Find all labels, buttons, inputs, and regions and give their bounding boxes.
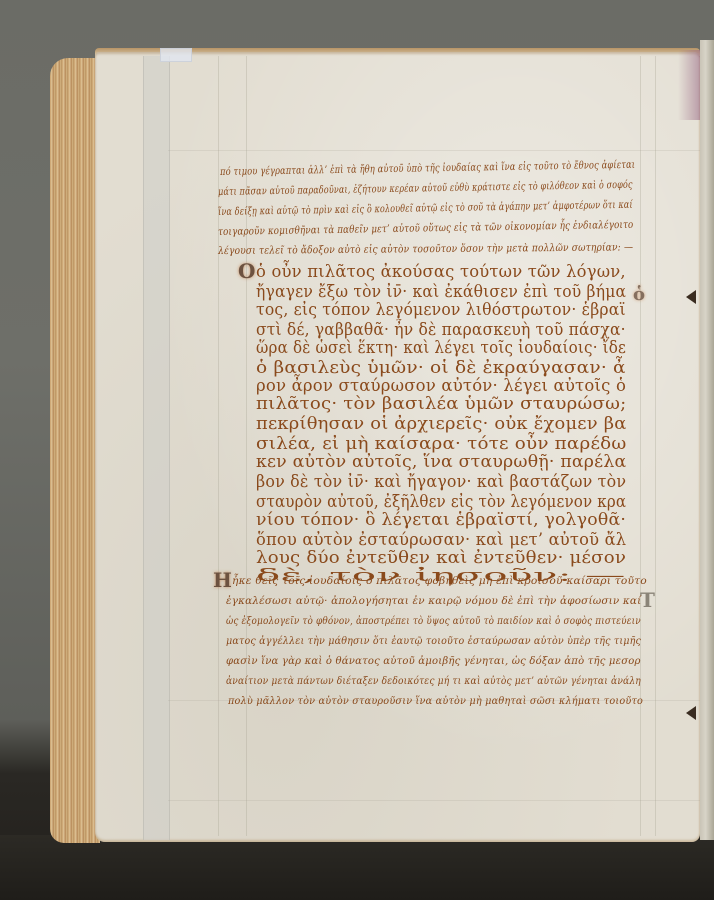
main-text-line: ὥρα δὲ ὡσεὶ ἕκτη· καὶ λέγει τοῖς ἰουδαίο… (256, 338, 626, 357)
commentary-line: ἐγκαλέσωσι αὐτῷ· ἀπολογήσηται ἐν καιρῷ ν… (226, 595, 641, 607)
repair-strip (143, 56, 170, 840)
ruling-line-vertical (218, 56, 219, 836)
ruling-line-vertical (640, 56, 641, 836)
initial-omicron: Ο (238, 259, 255, 283)
commentary-line: ἀναίτιον μετὰ πάντων διέταξεν δεδοικότες… (226, 675, 641, 687)
main-text-line: ἤγαγεν ἔξω τὸν ἰν̄· καὶ ἐκάθισεν ἐπὶ τοῦ… (256, 282, 626, 301)
main-text-line: σταυρὸν αὐτοῦ, ἐξῆλθεν εἰς τὸν λεγόμενον… (256, 492, 626, 511)
main-text-line: τος, εἰς τόπον λεγόμενον λιθόστρωτον· ἑβ… (256, 300, 626, 319)
main-text-line: ὁ οὖν πιλᾶτος ἀκούσας τούτων τῶν λόγων, (256, 262, 626, 281)
main-text-line: ὅπου αὐτὸν ἐσταύρωσαν· καὶ μετ’ αὐτοῦ ἄλ (256, 530, 626, 549)
main-text-line: νίου τόπον· ὃ λέγεται ἑβραϊστί, γολγοθᾶ· (256, 510, 626, 529)
facing-page-edge (700, 40, 714, 840)
main-text-line: πεκρίθησαν οἱ ἀρχιερεῖς· οὐκ ἔχομεν βα (256, 414, 627, 433)
commentary-line: ὡς ἐξομολογεῖν τὸ φθόνον, ἀποστρέπει τὸ … (226, 615, 641, 627)
ruling-line-horizontal (168, 150, 700, 151)
page-edge-nick (686, 290, 696, 304)
ruling-line-horizontal (168, 800, 700, 801)
commentary-line: ἦκε θεῖς τοῖς ἰουδαίοις ὁ πιλᾶτος φοβηθε… (232, 575, 647, 587)
main-text-line: βον δὲ τὸν ἰν̄· καὶ ἤγαγον· καὶ βαστάζων… (256, 472, 626, 491)
main-text-line: πιλᾶτος· τὸν βασιλέα ὑμῶν σταυρώσω; (256, 394, 626, 413)
ruling-line-vertical (655, 56, 656, 836)
main-text-line: σιλέα, εἰ μὴ καίσαρα· τότε οὖν παρέδω (256, 434, 627, 453)
page-fore-edge-stack (50, 58, 100, 843)
commentary-line: πολὺ μᾶλλον τὸν αὐτὸν σταυροῦσιν ἵνα αὐτ… (228, 695, 643, 707)
main-text-line: στὶ δέ, γαββαθᾶ· ἦν δὲ παρασκευὴ τοῦ πάσ… (256, 320, 626, 339)
margin-mark: Τ (640, 588, 655, 612)
dark-background-bottom (0, 835, 714, 900)
commentary-line: φασὶν ἵνα γὰρ καὶ ὁ θάνατος αὐτοῦ ἀμοιβῆ… (226, 655, 641, 667)
clear-tape (160, 48, 192, 62)
margin-mark: ὁ (633, 284, 645, 305)
main-text-line: ὁ βασιλεὺς ὑμῶν· οἱ δὲ ἐκραύγασαν· ἆ (256, 358, 626, 377)
initial-eta: Η (213, 568, 232, 592)
main-text-line: ρον ἆρον σταύρωσον αὐτόν· λέγει αὐτοῖς ὁ (256, 376, 626, 395)
main-text-line: κεν αὐτὸν αὐτοῖς, ἵνα σταυρωθῇ· παρέλα (256, 452, 626, 471)
commentary-line: ματος ἀγγέλλει τὴν μάθησιν ὅτι ἑαυτῷ τοι… (226, 635, 641, 647)
page-edge-nick (686, 706, 696, 720)
purple-stain (678, 50, 700, 120)
main-text-line: λους δύο ἐντεῦθεν καὶ ἐντεῦθεν· μέσον (256, 548, 626, 567)
